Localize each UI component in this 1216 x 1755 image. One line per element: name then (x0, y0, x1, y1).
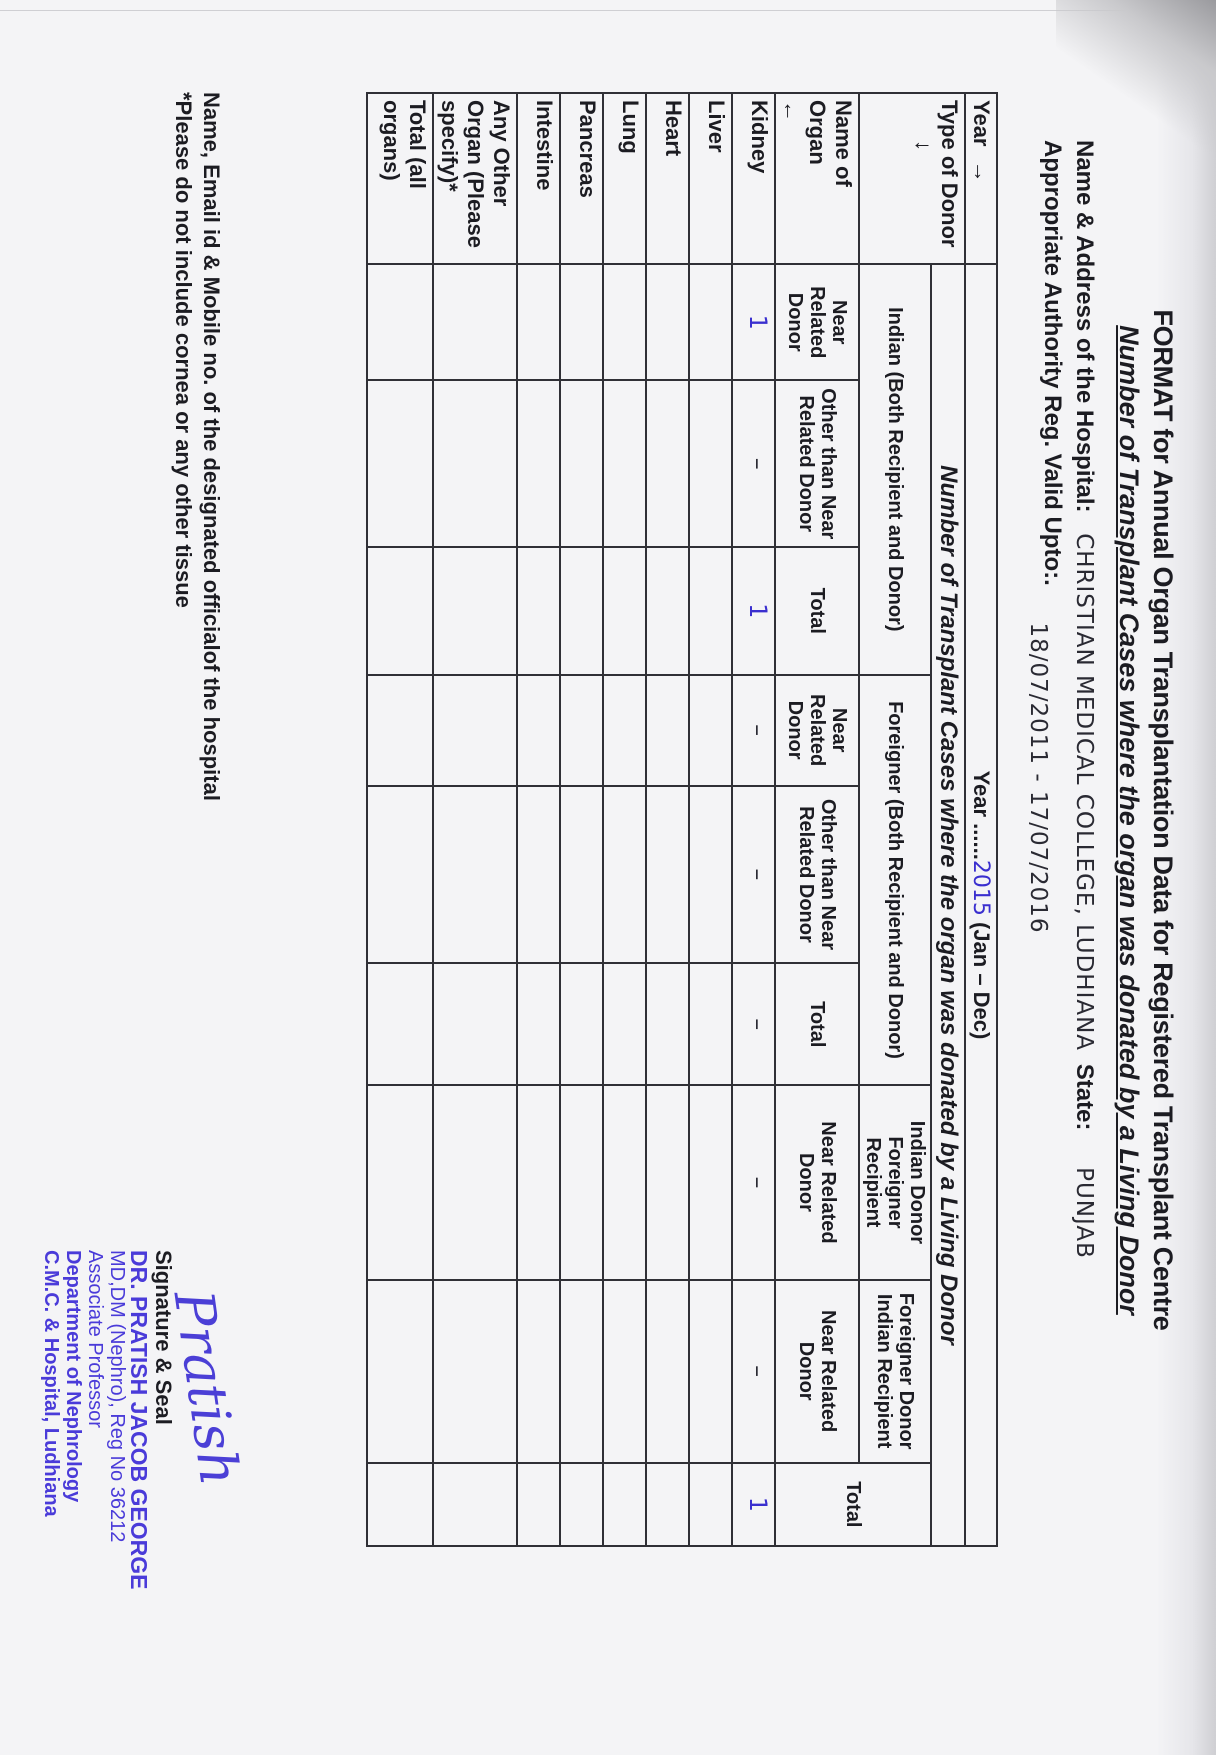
year-label: Year (969, 100, 994, 147)
cell-for-total[interactable] (603, 963, 646, 1085)
organ-name: Any Other Organ (Please specify)* (433, 93, 517, 264)
year-header: Year → (965, 93, 997, 264)
hospital-field: Name & Address of the Hospital: CHRISTIA… (1070, 140, 1098, 1259)
reg-valid-label: Appropriate Authority Reg. Valid Upto:. (1039, 140, 1066, 586)
cell-total[interactable] (689, 1463, 732, 1546)
table-row: Any Other Organ (Please specify)* (433, 93, 517, 1546)
cell-for-total[interactable] (433, 963, 517, 1085)
group-foreigner: Foreigner (Both Recipient and Donor) (859, 675, 931, 1086)
cell-ind-other[interactable] (433, 380, 517, 547)
table-row: Pancreas (560, 93, 603, 1546)
stamp-name: DR. PRATISH JACOB GEORGE (128, 1250, 150, 1690)
sub-indian-near: Near Related Donor (775, 264, 859, 381)
reg-valid-value[interactable]: 18/07/2011 - 17/07/2016 (1025, 622, 1051, 933)
cell-for-near[interactable] (433, 675, 517, 786)
cell-for-total[interactable] (367, 963, 433, 1085)
sub-idfr-near: Near Related Donor (775, 1085, 859, 1279)
organ-name: Intestine (517, 93, 560, 264)
cell-total[interactable] (433, 1463, 517, 1546)
cell-idfr-near[interactable] (367, 1085, 433, 1279)
sub-fdir-near: Near Related Donor (775, 1280, 859, 1463)
hospital-value[interactable]: CHRISTIAN MEDICAL COLLEGE, LUDHIANA (1071, 533, 1097, 1051)
cell-total[interactable] (560, 1463, 603, 1546)
year-suffix: (Jan – Dec) (969, 922, 994, 1039)
cell-ind-other[interactable] (517, 380, 560, 547)
hospital-label: Name & Address of the Hospital: (1071, 140, 1098, 513)
table-row: Intestine (517, 93, 560, 1546)
cell-ind-near[interactable] (367, 264, 433, 381)
cell-for-other[interactable] (646, 786, 689, 964)
stamp-designation: Associate Professor (84, 1250, 106, 1690)
cell-ind-other[interactable] (560, 380, 603, 547)
cell-ind-total[interactable] (367, 547, 433, 675)
section-title: Number of Transplant Cases where the org… (931, 264, 965, 1546)
cell-ind-other[interactable] (603, 380, 646, 547)
year-value-cell: Year ......2015 (Jan – Dec) (965, 264, 997, 1546)
cell-ind-total[interactable] (603, 547, 646, 675)
cell-fdir-near[interactable] (367, 1280, 433, 1463)
cell-fdir-near[interactable] (603, 1280, 646, 1463)
table-row: Total (all organs) (367, 93, 433, 1546)
state-value[interactable]: PUNJAB (1071, 1167, 1097, 1259)
cell-for-other[interactable] (560, 786, 603, 964)
cell-for-near[interactable] (603, 675, 646, 786)
cell-ind-near[interactable]: 1 (732, 264, 775, 381)
stamp-department: Department of Nephrology (62, 1250, 84, 1690)
cell-ind-other[interactable] (367, 380, 433, 547)
cell-total[interactable] (646, 1463, 689, 1546)
cell-total[interactable]: 1 (732, 1463, 775, 1546)
cell-ind-other[interactable] (689, 380, 732, 547)
sub-foreign-other: Other than Near Related Donor (775, 786, 859, 964)
cell-idfr-near[interactable] (517, 1085, 560, 1279)
cell-ind-near[interactable] (517, 264, 560, 381)
cell-total[interactable] (367, 1463, 433, 1546)
cell-ind-total[interactable] (433, 547, 517, 675)
name-of-organ-label: Name of Organ (805, 100, 856, 187)
cell-ind-total[interactable] (646, 547, 689, 675)
organ-name: Heart (646, 93, 689, 264)
group-header-row: Indian (Both Recipient and Donor) Foreig… (859, 93, 931, 1546)
group-indian: Indian (Both Recipient and Donor) (859, 264, 931, 675)
organ-name: Pancreas (560, 93, 603, 264)
form-title: FORMAT for Annual Organ Transplantation … (1147, 140, 1178, 1500)
cell-ind-near[interactable] (433, 264, 517, 381)
arrow-down-icon: ↓ (911, 140, 936, 151)
sub-indian-total: Total (775, 547, 859, 675)
cell-ind-near[interactable] (646, 264, 689, 381)
table-row: Kidney1–1–––––1 (732, 93, 775, 1546)
group-indian-donor-foreign-recipient: Indian Donor Foreigner Recipient (859, 1085, 931, 1279)
table-row: Heart (646, 93, 689, 1546)
cell-for-near[interactable] (560, 675, 603, 786)
doctor-stamp: DR. PRATISH JACOB GEORGE MD,DM (Nephro),… (40, 1250, 150, 1690)
sub-foreign-near: Near Related Donor (775, 675, 859, 786)
cell-for-other[interactable] (433, 786, 517, 964)
year-prefix: Year ...... (969, 771, 994, 860)
organ-name: Kidney (732, 93, 775, 264)
cell-fdir-near[interactable] (517, 1280, 560, 1463)
cell-fdir-near[interactable] (433, 1280, 517, 1463)
cell-for-total[interactable] (646, 963, 689, 1085)
transplant-data-table: Year → Year ......2015 (Jan – Dec) Type … (366, 92, 998, 1547)
organ-rows: Kidney1–1–––––1LiverHeartLungPancreasInt… (367, 93, 775, 1546)
stamp-qualification: MD,DM (Nephro), Reg No 36212 (106, 1250, 128, 1690)
form-subtitle: Number of Transplant Cases where the org… (1113, 140, 1144, 1500)
cell-for-near[interactable] (367, 675, 433, 786)
sub-indian-other: Other than Near Related Donor (775, 380, 859, 547)
exclusion-note: *Please do not include cornea or any oth… (170, 92, 196, 608)
signature-block: Pratish Signature & Seal DR. PRATISH JAC… (40, 1250, 176, 1690)
organ-name: Total (all organs) (367, 93, 433, 264)
cell-idfr-near[interactable] (646, 1085, 689, 1279)
name-of-organ-header: Name of Organ ← (775, 93, 859, 264)
cell-fdir-near[interactable]: – (732, 1280, 775, 1463)
cell-total[interactable] (603, 1463, 646, 1546)
cell-for-other[interactable]: – (732, 786, 775, 964)
cell-ind-total[interactable] (560, 547, 603, 675)
contact-note: Name, Email id & Mobile no. of the desig… (198, 92, 224, 801)
organ-name: Lung (603, 93, 646, 264)
type-of-donor-header: Type of Donor ↓ (859, 93, 965, 264)
cell-idfr-near[interactable] (603, 1085, 646, 1279)
table-row: Liver (689, 93, 732, 1546)
cell-fdir-near[interactable] (560, 1280, 603, 1463)
cell-for-total[interactable] (560, 963, 603, 1085)
cell-total[interactable] (517, 1463, 560, 1546)
cell-for-other[interactable] (517, 786, 560, 964)
arrow-left-icon: ← (779, 100, 804, 122)
cell-fdir-near[interactable] (689, 1280, 732, 1463)
group-foreign-donor-indian-recipient: Foreigner Donor Indian Recipient (859, 1280, 931, 1463)
cell-for-near[interactable]: – (732, 675, 775, 786)
cell-ind-near[interactable] (603, 264, 646, 381)
cell-ind-other[interactable]: – (732, 380, 775, 547)
section-title-row: Type of Donor ↓ Number of Transplant Cas… (931, 93, 965, 1546)
cell-idfr-near[interactable] (689, 1085, 732, 1279)
type-of-donor-label: Type of Donor (937, 100, 962, 247)
cell-ind-total[interactable] (689, 547, 732, 675)
cell-idfr-near[interactable]: – (732, 1085, 775, 1279)
cell-for-other[interactable] (689, 786, 732, 964)
reg-valid-field: Appropriate Authority Reg. Valid Upto:. … (1038, 140, 1066, 934)
year-value[interactable]: 2015 (968, 860, 993, 916)
sub-foreign-total: Total (775, 963, 859, 1085)
organ-name: Liver (689, 93, 732, 264)
cell-fdir-near[interactable] (646, 1280, 689, 1463)
group-total: Total (775, 1463, 931, 1546)
cell-for-total[interactable] (689, 963, 732, 1085)
cell-for-other[interactable] (603, 786, 646, 964)
cell-idfr-near[interactable] (560, 1085, 603, 1279)
subcolumn-header-row: Name of Organ ← Near Related Donor Other… (775, 93, 859, 1546)
state-label: State: (1071, 1064, 1098, 1131)
stamp-institution: C.M.C. & Hospital, Ludhiana (40, 1250, 62, 1690)
cell-for-total[interactable] (517, 963, 560, 1085)
year-row: Year → Year ......2015 (Jan – Dec) (965, 93, 997, 1546)
cell-ind-near[interactable] (689, 264, 732, 381)
cell-idfr-near[interactable] (433, 1085, 517, 1279)
cell-for-near[interactable] (517, 675, 560, 786)
cell-for-near[interactable] (646, 675, 689, 786)
cell-for-total[interactable]: – (732, 963, 775, 1085)
cell-for-other[interactable] (367, 786, 433, 964)
cell-ind-total[interactable] (517, 547, 560, 675)
cell-ind-near[interactable] (560, 264, 603, 381)
cell-for-near[interactable] (689, 675, 732, 786)
cell-ind-total[interactable]: 1 (732, 547, 775, 675)
rotated-form-page: FORMAT for Annual Organ Transplantation … (0, 0, 1216, 1755)
arrow-right-icon: → (969, 161, 994, 183)
table-row: Lung (603, 93, 646, 1546)
cell-ind-other[interactable] (646, 380, 689, 547)
